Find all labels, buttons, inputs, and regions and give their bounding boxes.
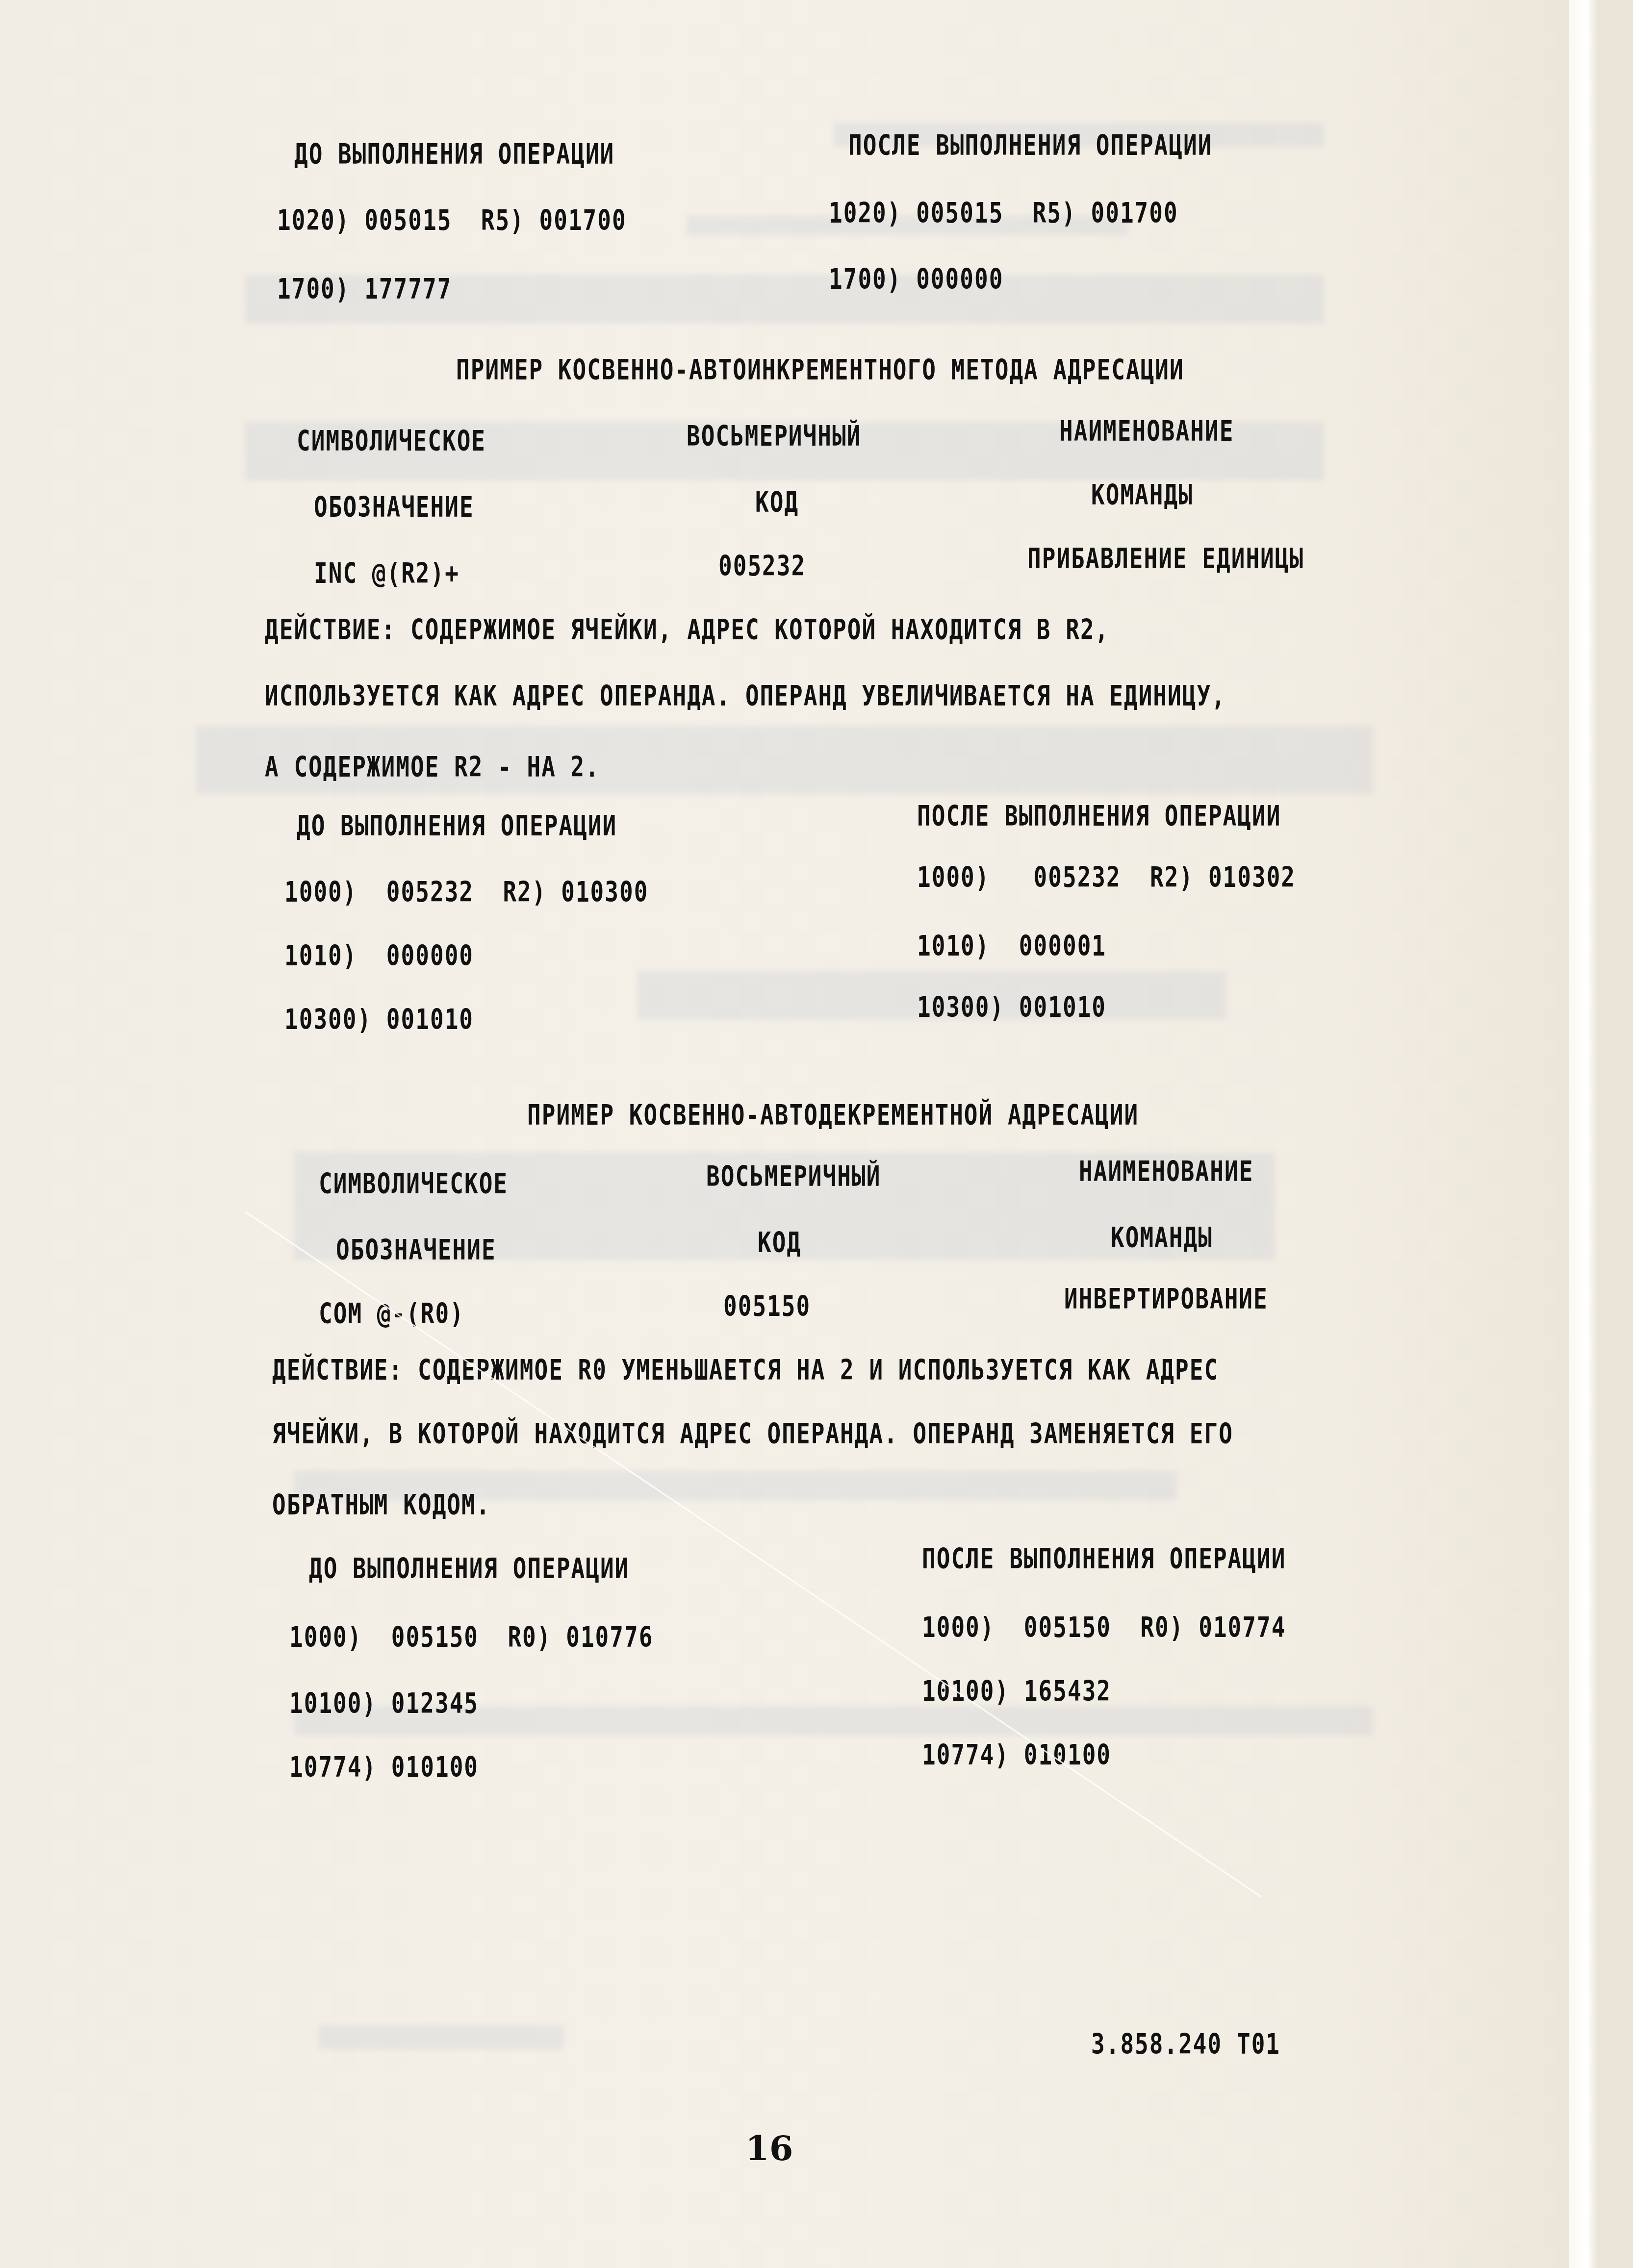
before-heading-c: ДО ВЫПОЛНЕНИЯ ОПЕРАЦИИ [309, 1552, 629, 1585]
before-line-c2: 10100) 012345 [289, 1687, 479, 1720]
before-heading-b: ДО ВЫПОЛНЕНИЯ ОПЕРАЦИИ [297, 809, 617, 842]
before-line-c1: 1000) 005150 R0) 010776 [289, 1620, 653, 1654]
after-line-c1: 1000) 005150 R0) 010774 [922, 1611, 1286, 1644]
before-line-a2: 1700) 177777 [277, 272, 452, 305]
col-header-name-c: НАИМЕНОВАНИЕ [1079, 1155, 1253, 1188]
instr-name-c: ИНВЕРТИРОВАНИЕ [1064, 1282, 1268, 1315]
instr-octal-b: 005232 [718, 549, 806, 582]
col-header-symbol-b: СИМВОЛИЧЕСКОЕ [297, 424, 486, 457]
after-line-c3: 10774) 010100 [922, 1738, 1111, 1771]
show-through [319, 2025, 564, 2049]
before-line-b2: 1010) 000000 [284, 939, 474, 972]
after-heading-b: ПОСЛЕ ВЫПОЛНЕНИЯ ОПЕРАЦИИ [917, 799, 1281, 832]
after-line-a1: 1020) 005015 R5) 001700 [829, 196, 1178, 229]
col-header-octal-c: ВОСЬМЕРИЧНЫЙ [706, 1159, 881, 1193]
col-header-symbol-b-2: ОБОЗНАЧЕНИЕ [314, 490, 474, 524]
page-edge-shadow [1599, 0, 1633, 2268]
col-header-octal-b: ВОСЬМЕРИЧНЫЙ [687, 419, 861, 453]
instr-symbol-b: INC @(R2)+ [314, 556, 459, 590]
col-header-octal-b-2: КОД [755, 485, 799, 519]
action-b-line2: ИСПОЛЬЗУЕТСЯ КАК АДРЕС ОПЕРАНДА. ОПЕРАНД… [265, 679, 1226, 712]
document-code: 3.858.240 Т01 [1091, 2027, 1280, 2061]
after-line-b2: 1010) 000001 [917, 929, 1106, 962]
col-header-name-c-2: КОМАНДЫ [1111, 1221, 1213, 1254]
section-b-title: ПРИМЕР КОСВЕННО-АВТОИНКРЕМЕНТНОГО МЕТОДА… [456, 353, 1184, 386]
instr-name-b: ПРИБАВЛЕНИЕ ЕДИНИЦЫ [1027, 542, 1304, 575]
before-heading-a: ДО ВЫПОЛНЕНИЯ ОПЕРАЦИИ [294, 137, 614, 171]
scanned-page [0, 0, 1569, 2268]
action-b-line1: ДЕЙСТВИЕ: СОДЕРЖИМОЕ ЯЧЕЙКИ, АДРЕС КОТОР… [265, 613, 1109, 646]
col-header-symbol-c: СИМВОЛИЧЕСКОЕ [319, 1167, 508, 1200]
col-header-symbol-c-2: ОБОЗНАЧЕНИЕ [336, 1233, 496, 1266]
after-heading-c: ПОСЛЕ ВЫПОЛНЕНИЯ ОПЕРАЦИИ [922, 1542, 1286, 1575]
page-number: 16 [745, 2128, 793, 2168]
action-c-line2: ЯЧЕЙКИ, В КОТОРОЙ НАХОДИТСЯ АДРЕС ОПЕРАН… [272, 1417, 1233, 1450]
instr-symbol-c: COM @-(R0) [319, 1297, 464, 1330]
before-line-b1: 1000) 005232 R2) 010300 [284, 875, 648, 908]
instr-octal-c: 005150 [723, 1289, 811, 1323]
section-c-title: ПРИМЕР КОСВЕННО-АВТОДЕКРЕМЕНТНОЙ АДРЕСАЦ… [527, 1098, 1139, 1132]
before-line-b3: 10300) 001010 [284, 1003, 474, 1036]
before-line-c3: 10774) 010100 [289, 1750, 479, 1784]
action-c-line1: ДЕЙСТВИЕ: СОДЕРЖИМОЕ R0 УМЕНЬШАЕТСЯ НА 2… [272, 1353, 1219, 1386]
after-line-b1: 1000) 005232 R2) 010302 [917, 860, 1296, 894]
page-edge [1569, 0, 1599, 2268]
col-header-name-b: НАИМЕНОВАНИЕ [1059, 414, 1234, 448]
before-line-a1: 1020) 005015 R5) 001700 [277, 203, 627, 237]
col-header-name-b-2: КОМАНДЫ [1091, 478, 1193, 511]
action-c-line3: ОБРАТНЫМ КОДОМ. [272, 1488, 490, 1521]
after-heading-a: ПОСЛЕ ВЫПОЛНЕНИЯ ОПЕРАЦИИ [848, 128, 1212, 162]
action-b-line3: А СОДЕРЖИМОЕ R2 - НА 2. [265, 750, 600, 783]
after-line-a2: 1700) 000000 [829, 262, 1003, 296]
after-line-b3: 10300) 001010 [917, 990, 1106, 1024]
after-line-c2: 10100) 165432 [922, 1674, 1111, 1708]
col-header-octal-c-2: КОД [758, 1226, 801, 1259]
